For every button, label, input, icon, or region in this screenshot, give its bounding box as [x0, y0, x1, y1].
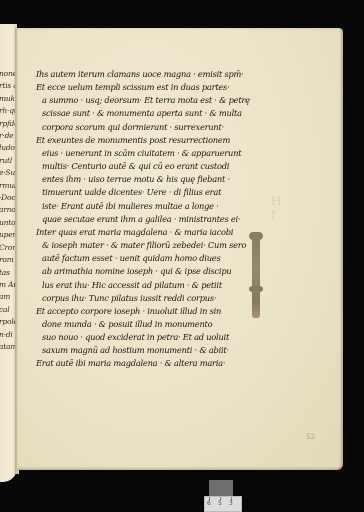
text-line: eius · uenerunt in scām ciuitatem · & ap…	[36, 147, 276, 160]
text-line: suo nouo · quod exciderat in petra· Et a…	[36, 331, 276, 344]
text-line: multis· Centurio autē & qui cū eo erant …	[36, 160, 276, 173]
text-line: Inter quas erat maria magdalena · & mari…	[36, 226, 276, 239]
text-line: saxum magnū ad hostium monumenti · & abi…	[36, 344, 276, 357]
color-calibration-patch	[209, 480, 233, 496]
ruler-label: 5	[218, 500, 222, 507]
folio-number: 52	[306, 433, 315, 441]
ruler-label: 6	[207, 500, 211, 507]
text-line: corpora scorum qui dormierant · surrexer…	[36, 121, 276, 134]
text-line: corpus ihu· Tunc pilatus iussit reddi co…	[36, 292, 276, 305]
ruler-label: 3	[229, 500, 233, 507]
decorative-initial-i	[252, 232, 260, 318]
text-line: Erat autē ibi maria magdalena · & altera…	[36, 357, 276, 370]
text-line: quae secutae erant ihm a galilea · minis…	[36, 213, 276, 226]
manuscript-page: Ihs autem iterum clamans uoce magna · em…	[17, 28, 343, 470]
text-line: a summo · usq; deorsum· Et terra mota es…	[36, 94, 276, 107]
text-line: lus erat ihu· Hic accessit ad pilatum · …	[36, 279, 276, 292]
text-line: & ioseph mater · & mater filiorū zebedei…	[36, 239, 276, 252]
main-text-block: Ihs autem iterum clamans uoce magna · em…	[36, 68, 276, 371]
text-line: iste· Erant autē ibi mulieres multae a l…	[36, 200, 276, 213]
text-line: scissae sunt · & monumenta aperta sunt ·…	[36, 107, 276, 120]
text-line: entes ihm · uiso terrae motu & his quę f…	[36, 173, 276, 186]
scale-ruler: 653	[204, 496, 242, 512]
text-line: ab arimathia nomine ioseph · qui & ipse …	[36, 265, 276, 278]
text-line: Et exeuntes de monumentis post resurrect…	[36, 134, 276, 147]
text-line: Ihs autem iterum clamans uoce magna · em…	[36, 68, 276, 81]
show-through-letters: H I	[271, 194, 281, 222]
text-line: Et accepto corpore ioseph · inuoluit ill…	[36, 305, 276, 318]
text-line: done munda · & posuit illud in monumento	[36, 318, 276, 331]
text-line: timuerunt ualde dicentes· Uere · di fili…	[36, 186, 276, 199]
text-line: autē factum esset · uenit quidam homo di…	[36, 252, 276, 265]
text-line: Et ecce uelum templi scissum est in duas…	[36, 81, 276, 94]
